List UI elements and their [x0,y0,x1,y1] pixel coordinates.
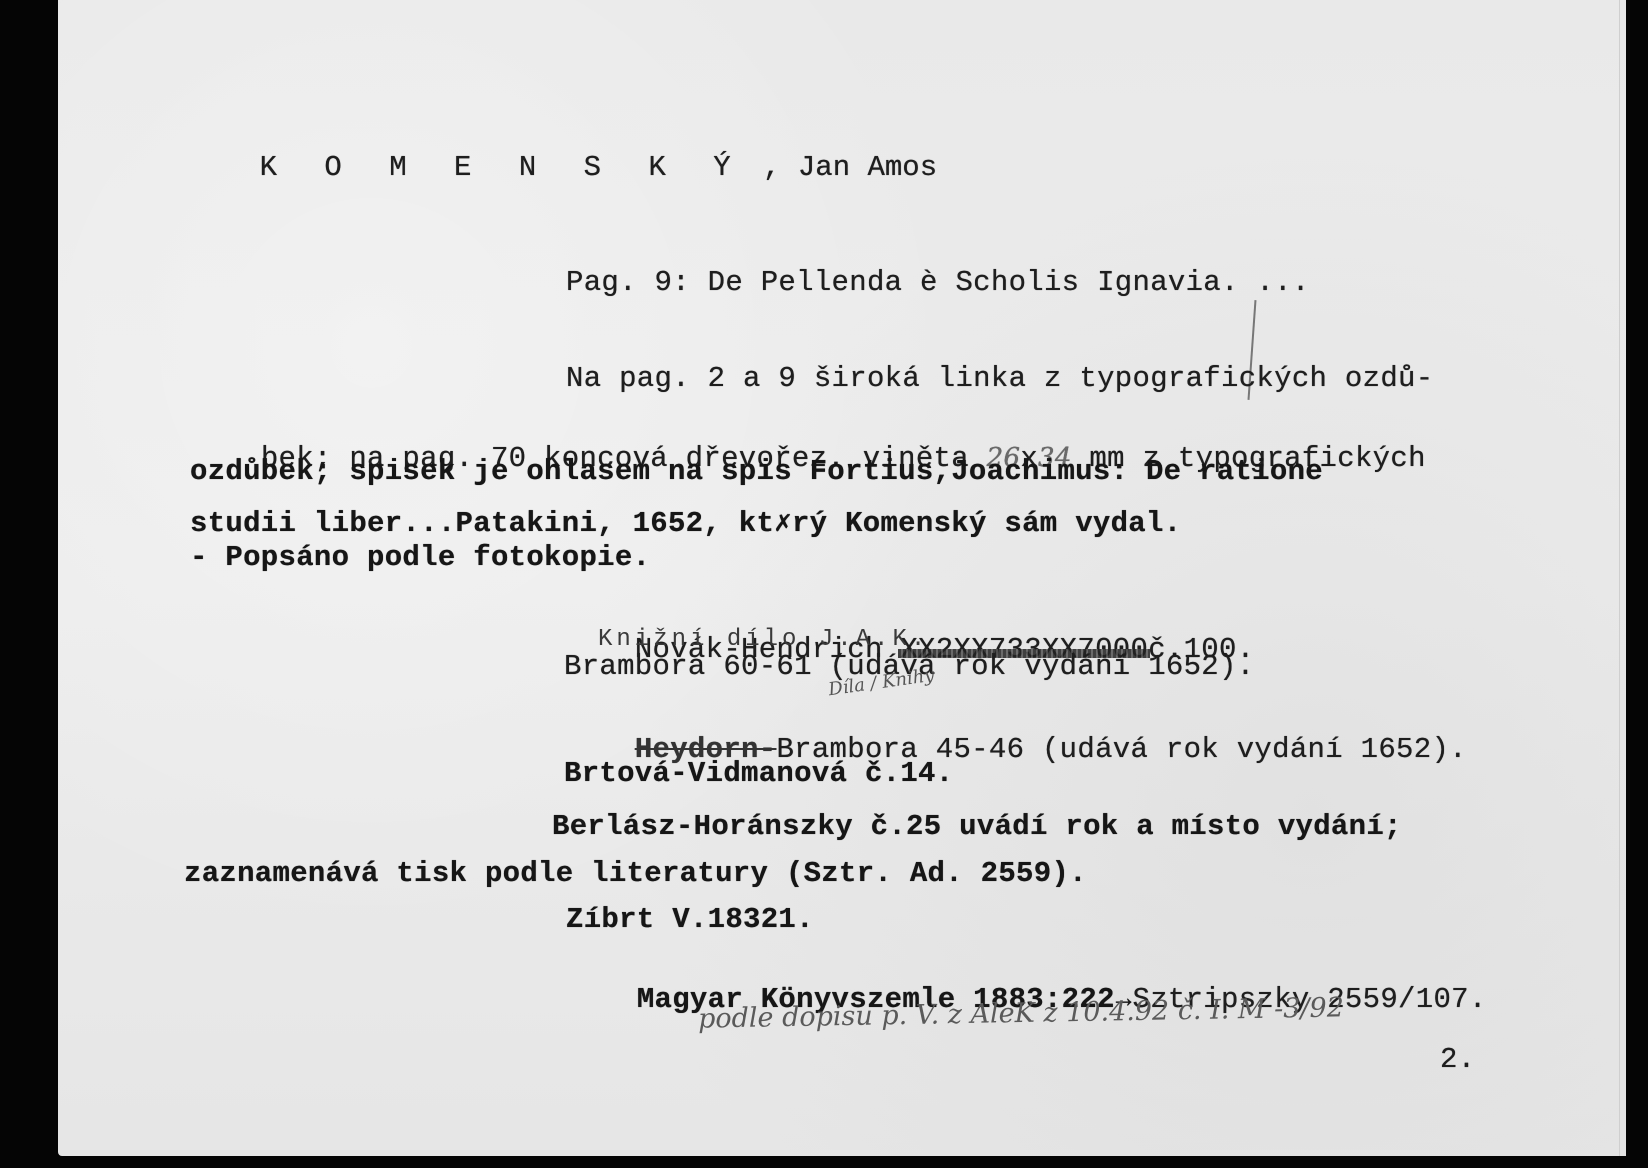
inserted-correction: Knižní dílo J.A.K. [598,626,929,653]
description-line-4: studii liber...Patakini, 1652, kt✗rý Kom… [190,504,1181,540]
reference-zibrt: Zíbrt V.18321. [566,903,814,936]
card-heading: K O M E N S K Ý , Jan Amos [190,118,937,217]
catalog-card: K O M E N S K Ý , Jan Amos Pag. 9: De Pe… [58,0,1626,1156]
author-surname: K O M E N S K Ý [260,151,746,184]
title-line: Pag. 9: De Pellenda è Scholis Ignavia. .… [566,266,1310,299]
description-line-5: - Popsáno podle fotokopie. [190,541,650,574]
reference-berlasz-horanszky: Berlász-Horánszky č.25 uvádí rok a místo… [552,810,1402,843]
reference-brtova-vidmanova: Brtová-Vidmanová č.14. [564,757,953,790]
author-given-names: Jan Amos [798,151,937,184]
reference-berlasz-horanszky-cont: zaznamenává tisk podle literatury (Sztr.… [184,857,1087,890]
description-line-3: ozdůbek; spisek je ohlasem na spis Forti… [190,455,1323,488]
heading-separator: , [746,151,798,184]
page-number: 2. [1440,1043,1475,1076]
description-line-1: Na pag. 2 a 9 široká linka z typografick… [566,362,1433,395]
